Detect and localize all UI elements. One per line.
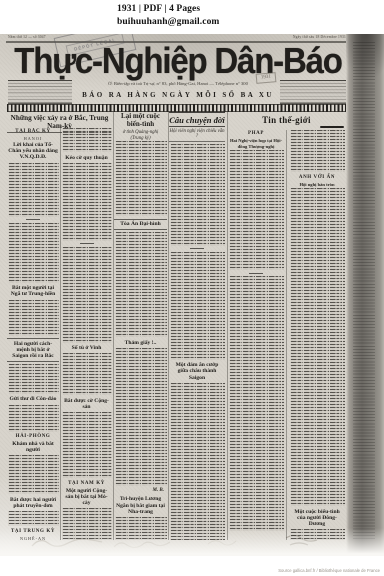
text-divider (190, 248, 204, 249)
section-kicker: TẠI NAM KỲ (61, 481, 112, 487)
text-divider (80, 243, 94, 244)
world-news-rule (320, 126, 344, 128)
document-title: 1931 | PDF | 4 Pages (117, 3, 219, 16)
column-subtitle: Hội viên nghị viện chiếu vẫn ? (169, 129, 225, 143)
column-separator (60, 126, 61, 540)
body-text-block (290, 130, 345, 172)
article-headline: Bắt được cờ Cộng-sản (61, 398, 112, 410)
section-kicker: HẢI-PHÒNG (7, 434, 59, 440)
pricing-box (280, 80, 346, 104)
column-separator (286, 130, 287, 540)
body-text-block (115, 517, 167, 540)
column-col1: TẠI BẮC KỲHANOILời khai của Tố-Chân yếu … (7, 128, 59, 540)
body-text-block (62, 353, 112, 395)
article-headline: Lại một cuộc biến-tình (114, 113, 167, 128)
article-headline: Một người Cộng-sản bị bắt tại Mỏ-cày (61, 488, 112, 507)
column-title: Câu chuyện đời (169, 112, 225, 127)
article-subhead: Hội nghị bàn tròn (289, 182, 345, 188)
body-text-block (8, 405, 59, 432)
newspaper-scan-page: Năm thứ 12 — số 3047 Ngày thứ sáu 18 Déc… (0, 34, 384, 556)
column-separator (113, 112, 114, 540)
section-subkicker: NGHỆ-AN (7, 536, 59, 540)
article-headline: Một cuộc biểu-tình của người Đông-Dương (289, 509, 345, 528)
body-text-block (170, 383, 225, 540)
document-viewer-header: 1931 | PDF | 4 Pages buihuuhanh@gmail.co… (0, 0, 384, 34)
body-text-block (8, 364, 59, 394)
newspaper-nameplate: Thực-Nghiệp Dân-Báo (10, 42, 346, 79)
body-text-block (8, 455, 59, 494)
article-headline: Tri-huyện Lương Ngăn bị bắt giam tại Nha… (114, 496, 167, 515)
article-headline: Thảm giấy !.. (114, 340, 167, 346)
subscription-box (8, 80, 72, 104)
article-headline: Hai người cách-mệnh bị bắt ở Saigon rồi … (7, 338, 59, 362)
body-text-block (290, 529, 345, 540)
body-text-block (62, 247, 112, 343)
article-headline: Bắt một người tại Ngã tư Trung-hiền (7, 285, 59, 297)
text-divider (26, 219, 40, 220)
body-text-block (115, 232, 167, 337)
article-headline: Khám nhà và bắt người (7, 441, 59, 453)
body-text-block (62, 508, 112, 540)
source-attribution: Source gallica.bnf.fr / Bibliothèque nat… (246, 568, 380, 573)
year-stamp: 1931 (256, 72, 277, 84)
section-subkicker: HANOI (7, 136, 59, 141)
body-text-block (115, 141, 167, 216)
body-text-block (170, 252, 225, 360)
article-headline: Kéo cờ quy thuận (61, 155, 112, 161)
column-separator (227, 112, 228, 540)
body-text-block (62, 163, 112, 241)
body-text-block (115, 348, 167, 486)
article-subhead: Hai Nghị-viện họp tại Hội-đồng Thượng-ng… (228, 138, 284, 149)
address-line: Ở: Biên-tập và toà Trị-sự, n° 83, phố Hà… (80, 81, 276, 86)
decorative-band (7, 104, 346, 112)
section-kicker: ANH VỚI ẤN (289, 175, 345, 181)
article-headline: Một đám ăn cướp giữa châu thành Saigon (169, 362, 225, 381)
section-kicker: PHÁP (228, 131, 284, 137)
column-col3: Lại một cuộc biến-tìnhở tỉnh Quảng-nghị(… (114, 112, 167, 540)
column-separator (168, 112, 169, 540)
body-text-block (8, 511, 59, 526)
article-headline: Bắt được hai người phát truyền-đơn (7, 497, 59, 509)
body-text-block (62, 128, 112, 152)
article-headline: Gửi thư đi Côn-đảo (7, 396, 59, 402)
body-text-block (170, 144, 225, 246)
column-col5b: ANH VỚI ẤNHội nghị bàn trònMột cuộc biểu… (289, 130, 345, 540)
author-signature: M. B. (114, 488, 167, 494)
adjacent-page-gutter (346, 34, 384, 556)
uploader-email: buihuuhanh@gmail.com (117, 16, 219, 29)
daily-banner: BÁO RA HÀNG NGÀY MỖI SỐ BA XU (78, 91, 278, 99)
column-col2: Kéo cờ quy thuậnSố tù ở VinhBắt được cờ … (61, 128, 112, 540)
body-text-block (8, 300, 59, 336)
article-headline: Số tù ở Vinh (61, 345, 112, 351)
section-kicker: TẠI TRUNG KỲ (7, 529, 59, 535)
section-headline-world-news: Tin thế-giới (228, 115, 345, 125)
body-text-block (62, 412, 112, 478)
column-col4: Câu chuyện đờiHội viên nghị viện chiếu v… (169, 112, 225, 540)
article-headline: Lời khai của Tố-Chân yếu nhân đảng V.N.Q… (7, 142, 59, 161)
body-text-block (229, 150, 284, 270)
body-text-block (290, 188, 345, 506)
body-text-block (229, 276, 284, 531)
body-text-block (8, 223, 59, 283)
body-text-block (8, 163, 59, 217)
text-divider (249, 273, 263, 274)
column-col5a: PHÁPHai Nghị-viện họp tại Hội-đồng Thượn… (228, 130, 284, 540)
article-headline: Tòa Án Đại-hình (114, 219, 167, 230)
section-kicker: TẠI BẮC KỲ (7, 129, 59, 135)
